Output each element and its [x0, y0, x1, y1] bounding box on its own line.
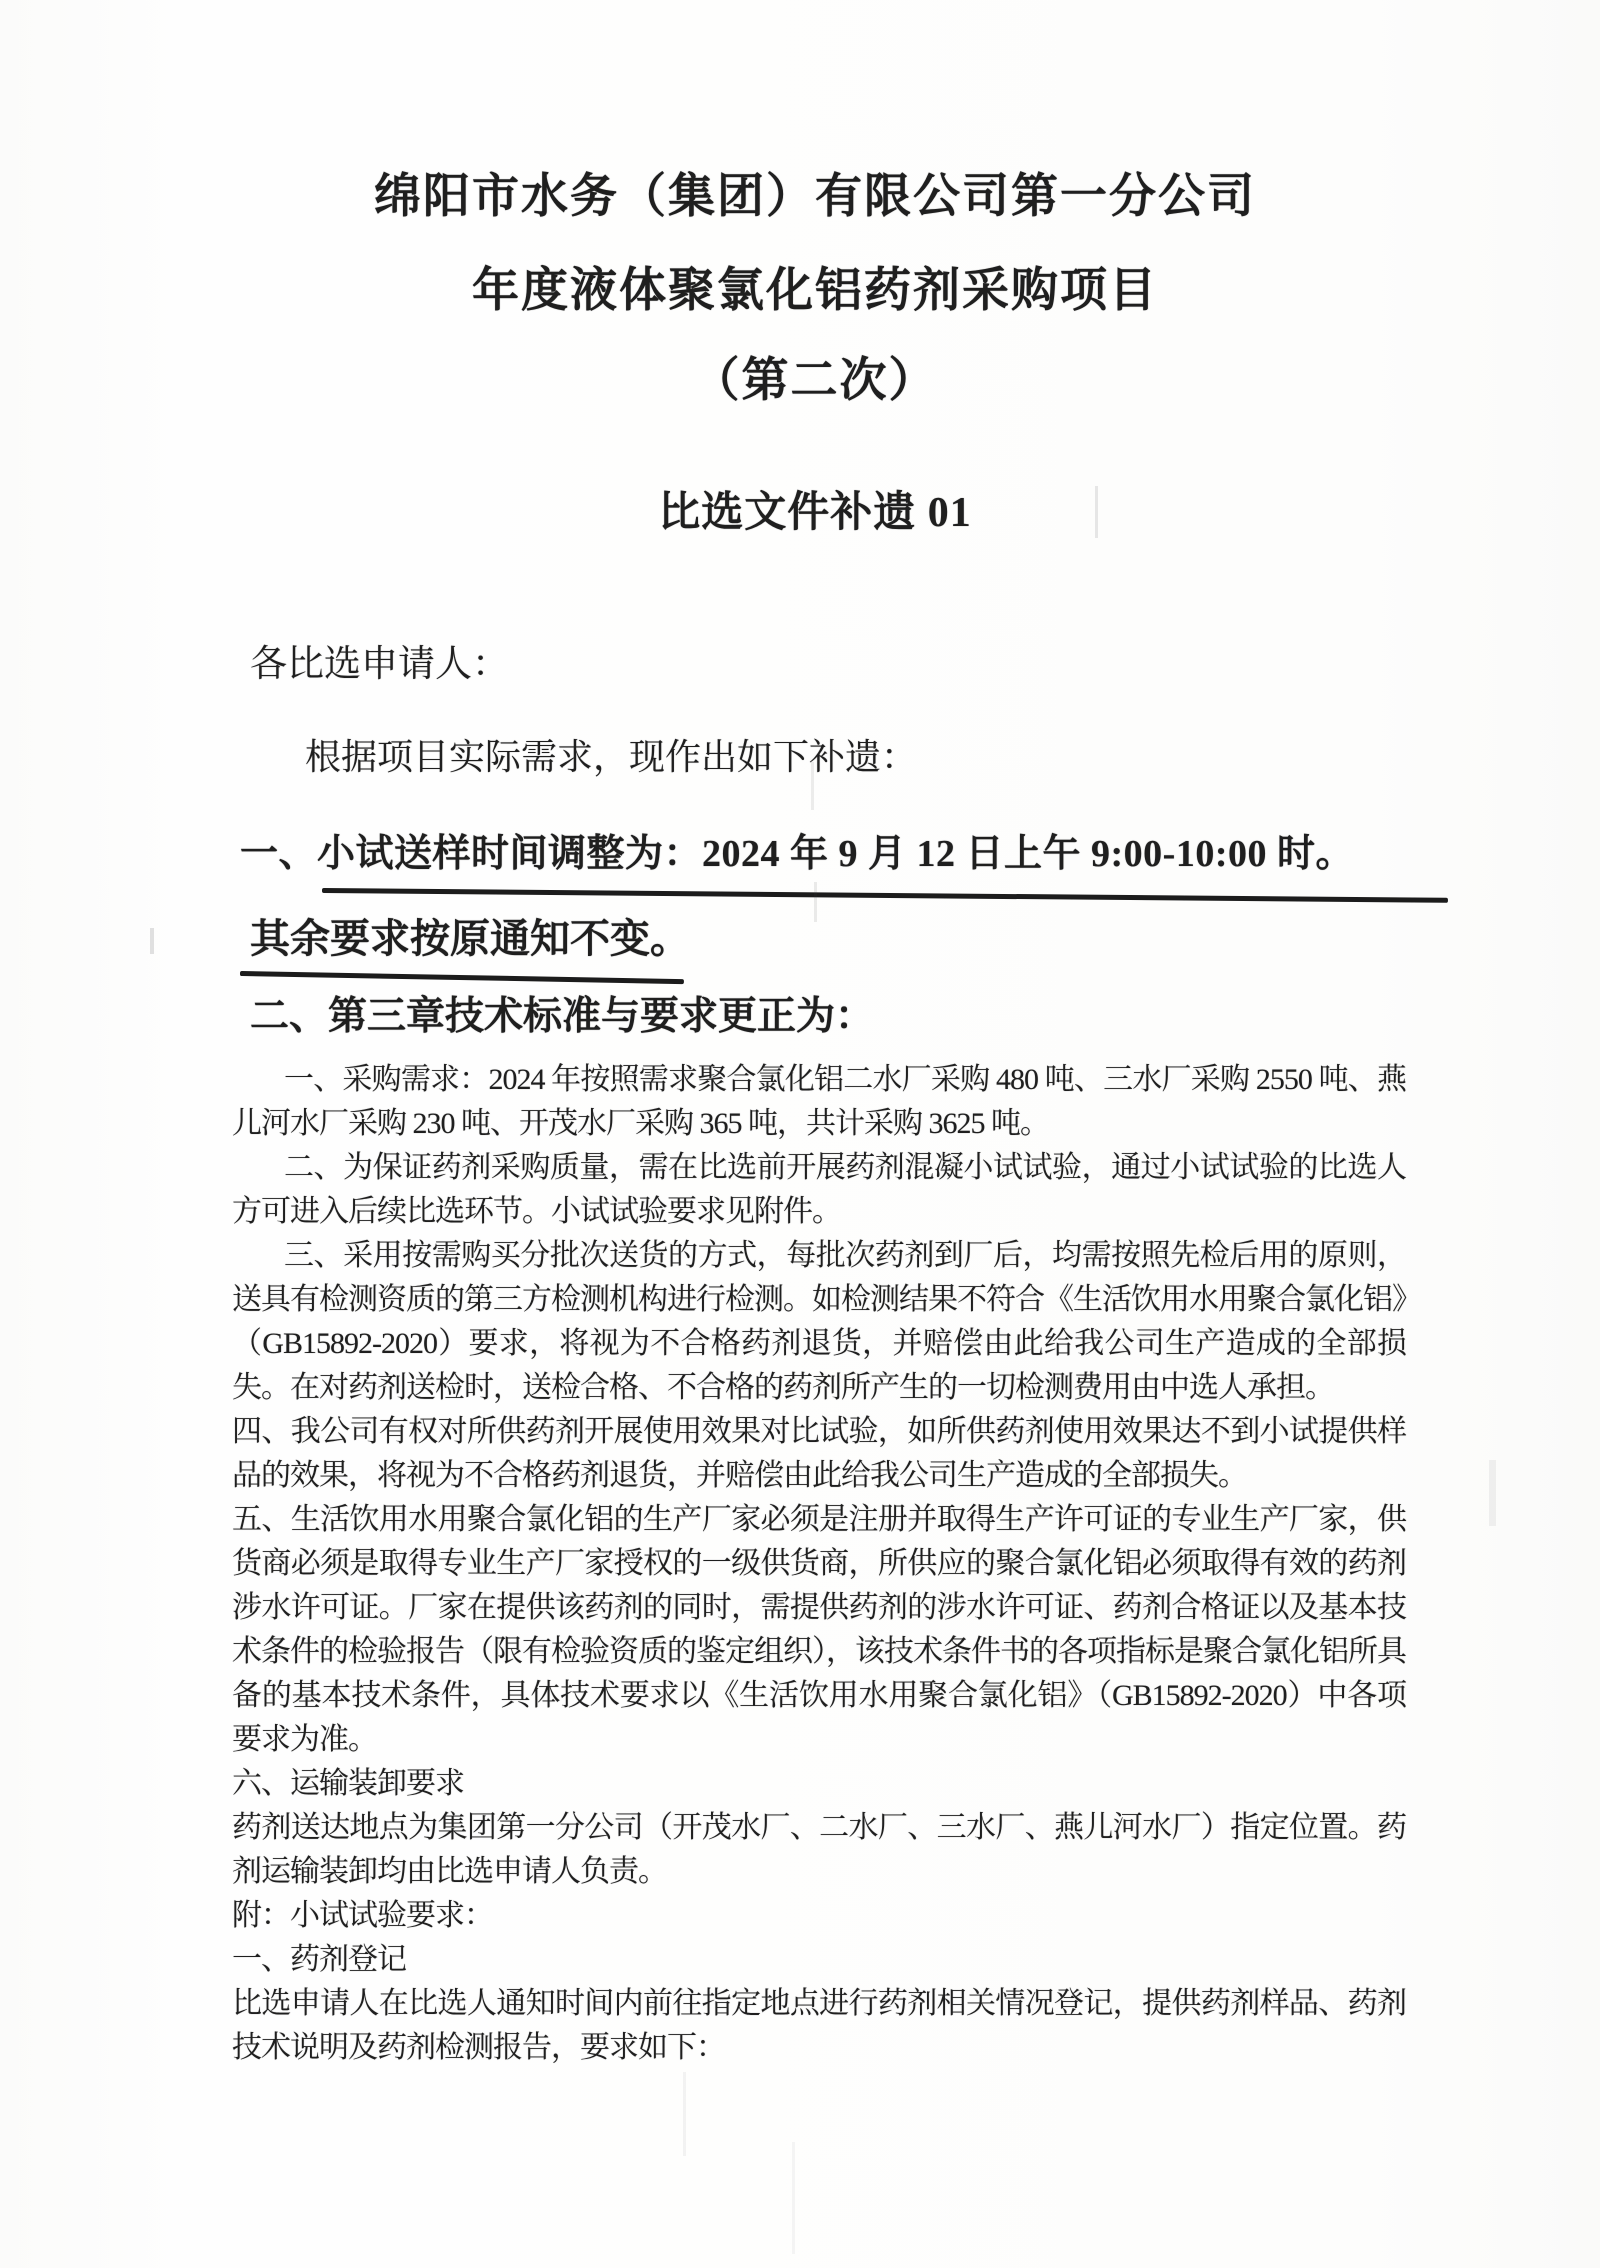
scan-artifact	[1095, 486, 1098, 538]
doc-title-line-3: （第二次）	[30, 356, 1600, 406]
attachment-section-1-heading: 一、药剂登记	[232, 1938, 1406, 1982]
tech-paragraph-procurement-demand: 一、采购需求：2024 年按照需求聚合氯化铝二水厂采购 480 吨、三水厂采购 …	[232, 1058, 1406, 1146]
doc-subtitle-addendum-number: 比选文件补遗 01	[30, 490, 1600, 536]
salutation-line: 各比选申请人：	[250, 644, 509, 686]
section-6-heading-transport: 六、运输装卸要求	[232, 1762, 1406, 1806]
underline-rule-amendment-1	[322, 888, 1448, 903]
amendment-1-number: 一、	[240, 833, 317, 875]
tech-paragraph-effect-comparison: 四、我公司有权对所供药剂开展使用效果对比试验，如所供药剂使用效果达不到小试提供样…	[232, 1410, 1406, 1498]
scan-artifact	[150, 928, 154, 954]
tech-paragraph-manufacturer-qualification: 五、生活饮用水用聚合氯化铝的生产厂家必须是注册并取得生产许可证的专业生产厂家，供…	[232, 1498, 1406, 1762]
scanned-document-page: 绵阳市水务（集团）有限公司第一分公司 年度液体聚氯化铝药剂采购项目 （第二次） …	[0, 0, 1600, 2268]
amendment-2-heading: 二、第三章技术标准与要求更正为：	[250, 992, 874, 1042]
tech-paragraph-batch-delivery-inspection: 三、采用按需购买分批次送货的方式，每批次药剂到厂后，均需按照先检后用的原则，送具…	[232, 1234, 1406, 1410]
doc-title-line-1: 绵阳市水务（集团）有限公司第一分公司	[30, 172, 1600, 222]
attachment-label: 附：小试试验要求：	[232, 1894, 1406, 1938]
underline-rule-continuation	[240, 971, 684, 984]
scan-artifact	[814, 882, 817, 922]
amendment-1-continuation: 其余要求按原通知不变。	[250, 914, 690, 964]
intro-line: 根据项目实际需求，现作出如下补遗：	[250, 736, 917, 778]
scan-artifact	[811, 762, 814, 810]
tech-paragraph-delivery-location: 药剂送达地点为集团第一分公司（开茂水厂、二水厂、三水厂、燕儿河水厂）指定位置。药…	[232, 1806, 1406, 1894]
attachment-section-1-text: 比选申请人在比选人通知时间内前往指定地点进行药剂相关情况登记，提供药剂样品、药剂…	[232, 1982, 1406, 2070]
scan-artifact	[792, 2142, 795, 2254]
scan-artifact	[1489, 1460, 1496, 1526]
scan-artifact	[683, 2072, 686, 2156]
tech-paragraph-jar-test: 二、为保证药剂采购质量，需在比选前开展药剂混凝小试试验，通过小试试验的比选人方可…	[232, 1146, 1406, 1234]
amendment-1-heading: 一、小试送样时间调整为：2024 年 9 月 12 日上午 9:00-10:00…	[240, 830, 1354, 878]
technical-requirements-body: 一、采购需求：2024 年按照需求聚合氯化铝二水厂采购 480 吨、三水厂采购 …	[232, 1058, 1406, 2070]
amendment-1-text: 小试送样时间调整为：2024 年 9 月 12 日上午 9:00-10:00 时…	[317, 833, 1354, 875]
doc-title-line-2: 年度液体聚氯化铝药剂采购项目	[30, 266, 1600, 316]
